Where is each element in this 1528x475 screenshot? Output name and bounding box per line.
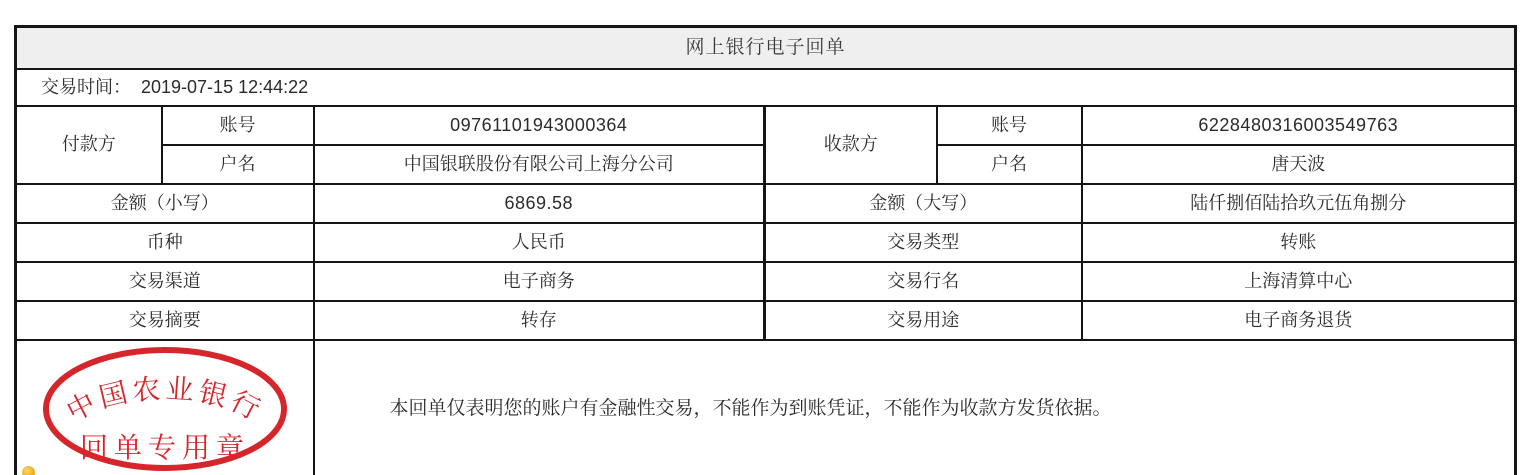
summary-row: 交易摘要 转存 交易用途 电子商务退货 xyxy=(16,301,1516,340)
account-row: 付款方 账号 09761101943000364 收款方 账号 62284803… xyxy=(16,106,1516,145)
clipped-marker-icon xyxy=(22,466,35,475)
channel-row: 交易渠道 电子商务 交易行名 上海清算中心 xyxy=(16,262,1516,301)
amount-words-value: 陆仟捌佰陆拾玖元伍角捌分 xyxy=(1082,184,1516,223)
amount-figures-value: 6869.58 xyxy=(314,184,765,223)
notice-text: 本回单仅表明您的账户有金融性交易，不能作为到账凭证，不能作为收款方发货依据。 xyxy=(314,340,1516,475)
amount-row: 金额（小写） 6869.58 金额（大写） 陆仟捌佰陆拾玖元伍角捌分 xyxy=(16,184,1516,223)
payer-name: 中国银联股份有限公司上海分公司 xyxy=(314,145,765,184)
stamp-cell: 中国农业银行 回单专用章 xyxy=(16,340,314,475)
amount-words-label: 金额（大写） xyxy=(765,184,1082,223)
amount-figures-label: 金额（小写） xyxy=(16,184,314,223)
transaction-time-value: 2019-07-15 12:44:22 xyxy=(141,77,308,97)
payee-name-label: 户名 xyxy=(937,145,1082,184)
payee-account-label: 账号 xyxy=(937,106,1082,145)
svg-text:中国农业银行: 中国农业银行 xyxy=(61,373,268,427)
transaction-type-label: 交易类型 xyxy=(765,223,1082,262)
bank-name-label: 交易行名 xyxy=(765,262,1082,301)
receipt-table: 网上银行电子回单 交易时间：2019-07-15 12:44:22 付款方 账号… xyxy=(14,25,1517,475)
page-title: 网上银行电子回单 xyxy=(16,27,1516,70)
payer-name-label: 户名 xyxy=(162,145,314,184)
channel-label: 交易渠道 xyxy=(16,262,314,301)
transaction-time-row: 交易时间：2019-07-15 12:44:22 xyxy=(16,69,1516,106)
transaction-time-label: 交易时间： xyxy=(41,77,131,97)
transaction-time: 交易时间：2019-07-15 12:44:22 xyxy=(16,69,1516,106)
channel-value: 电子商务 xyxy=(314,262,765,301)
payee-label: 收款方 xyxy=(765,106,937,184)
payer-account-label: 账号 xyxy=(162,106,314,145)
summary-label: 交易摘要 xyxy=(16,301,314,340)
currency-row: 币种 人民币 交易类型 转账 xyxy=(16,223,1516,262)
currency-label: 币种 xyxy=(16,223,314,262)
footer-row: 中国农业银行 回单专用章 本回单仅表明您的账户有金融性交易，不能作为到账凭证，不… xyxy=(16,340,1516,475)
purpose-label: 交易用途 xyxy=(765,301,1082,340)
payee-account-number: 6228480316003549763 xyxy=(1082,106,1516,145)
payer-label: 付款方 xyxy=(16,106,162,184)
purpose-value: 电子商务退货 xyxy=(1082,301,1516,340)
bank-seal-icon: 中国农业银行 回单专用章 xyxy=(38,345,292,473)
transaction-type-value: 转账 xyxy=(1082,223,1516,262)
payer-account-number: 09761101943000364 xyxy=(314,106,765,145)
summary-value: 转存 xyxy=(314,301,765,340)
payee-name: 唐天波 xyxy=(1082,145,1516,184)
currency-value: 人民币 xyxy=(314,223,765,262)
seal-bank-name: 中国农业银行 xyxy=(61,373,268,427)
electronic-receipt-page: { "title": "网上银行电子回单", "transaction_time… xyxy=(0,0,1528,475)
bank-name-value: 上海清算中心 xyxy=(1082,262,1516,301)
title-row: 网上银行电子回单 xyxy=(16,27,1516,70)
seal-stamp-type: 回单专用章 xyxy=(80,432,250,463)
